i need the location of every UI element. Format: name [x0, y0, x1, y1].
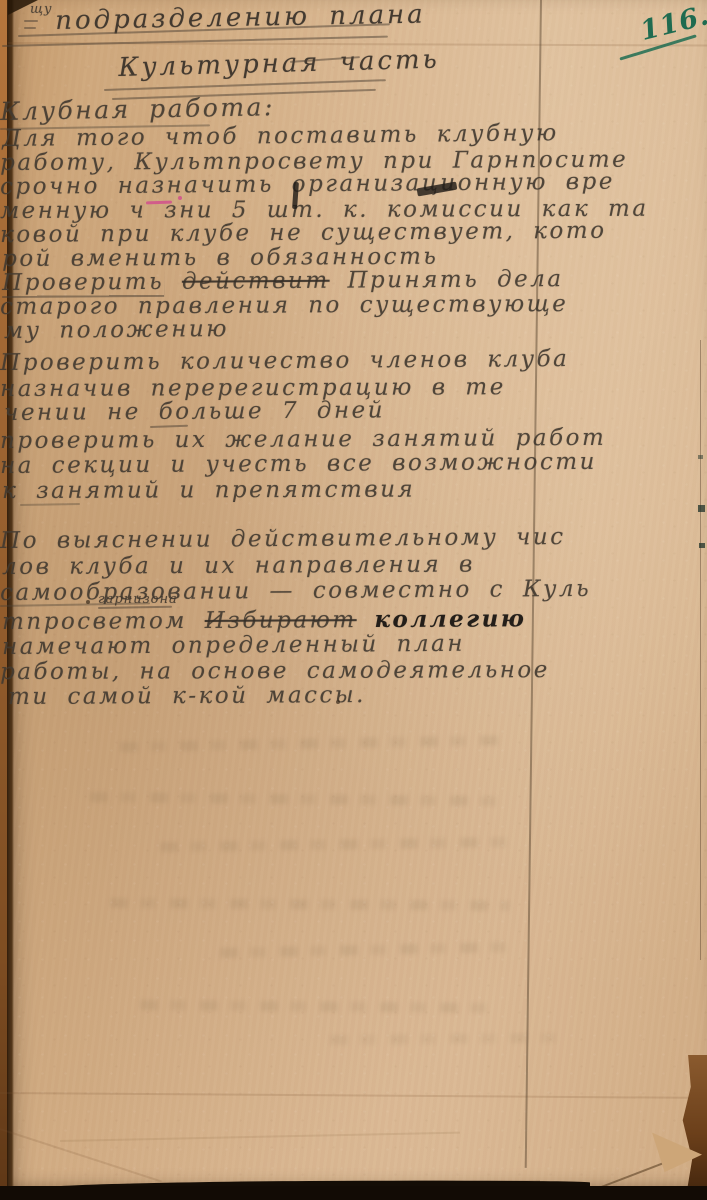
text-line: По выяснении действительному чис [0, 524, 566, 554]
bottom-torn-edge [0, 1186, 707, 1200]
text-line: на секции и учесть все возможности [0, 449, 597, 479]
text-line: работы, на основе самодеятельное [0, 657, 550, 685]
struck-word: действит [182, 268, 330, 295]
edge-mark [699, 543, 705, 548]
dash-mark [24, 27, 36, 29]
text-line: намечают определенный план [2, 631, 465, 660]
scanned-document-page: 116. щу подразделению плана Культурная ч… [0, 0, 707, 1200]
text-line: ти самой к-кой массы. [8, 682, 366, 710]
text-line: му положению [4, 316, 229, 344]
text-line: Проверить количество членов клуба [0, 346, 569, 376]
text-line: к занятий и препятствия [2, 477, 415, 504]
edge-mark [698, 455, 703, 459]
text-line: лов клуба и их направления в [2, 552, 475, 580]
inserted-word: гарнизона [98, 592, 178, 607]
text-segment: Принять дела [347, 266, 563, 294]
heading-club-work: Клубная работа: [0, 92, 275, 126]
struck-word: Избирают [205, 607, 357, 634]
text-segment: тпросветом [2, 608, 187, 635]
pencil-dot [86, 600, 90, 604]
edge-mark [698, 505, 705, 512]
text-line: чении не больше 7 дней [4, 397, 385, 426]
underlined-word: Проверить [2, 269, 164, 296]
red-pencil-dot [178, 196, 182, 200]
period-dot [336, 700, 340, 704]
edge-text-fragment: щу [30, 2, 53, 17]
dash-mark [24, 20, 38, 22]
underlying-page-edge [700, 340, 701, 960]
overwritten-word: коллегию [374, 605, 526, 633]
text-line: старого правления по существующе [0, 291, 568, 320]
